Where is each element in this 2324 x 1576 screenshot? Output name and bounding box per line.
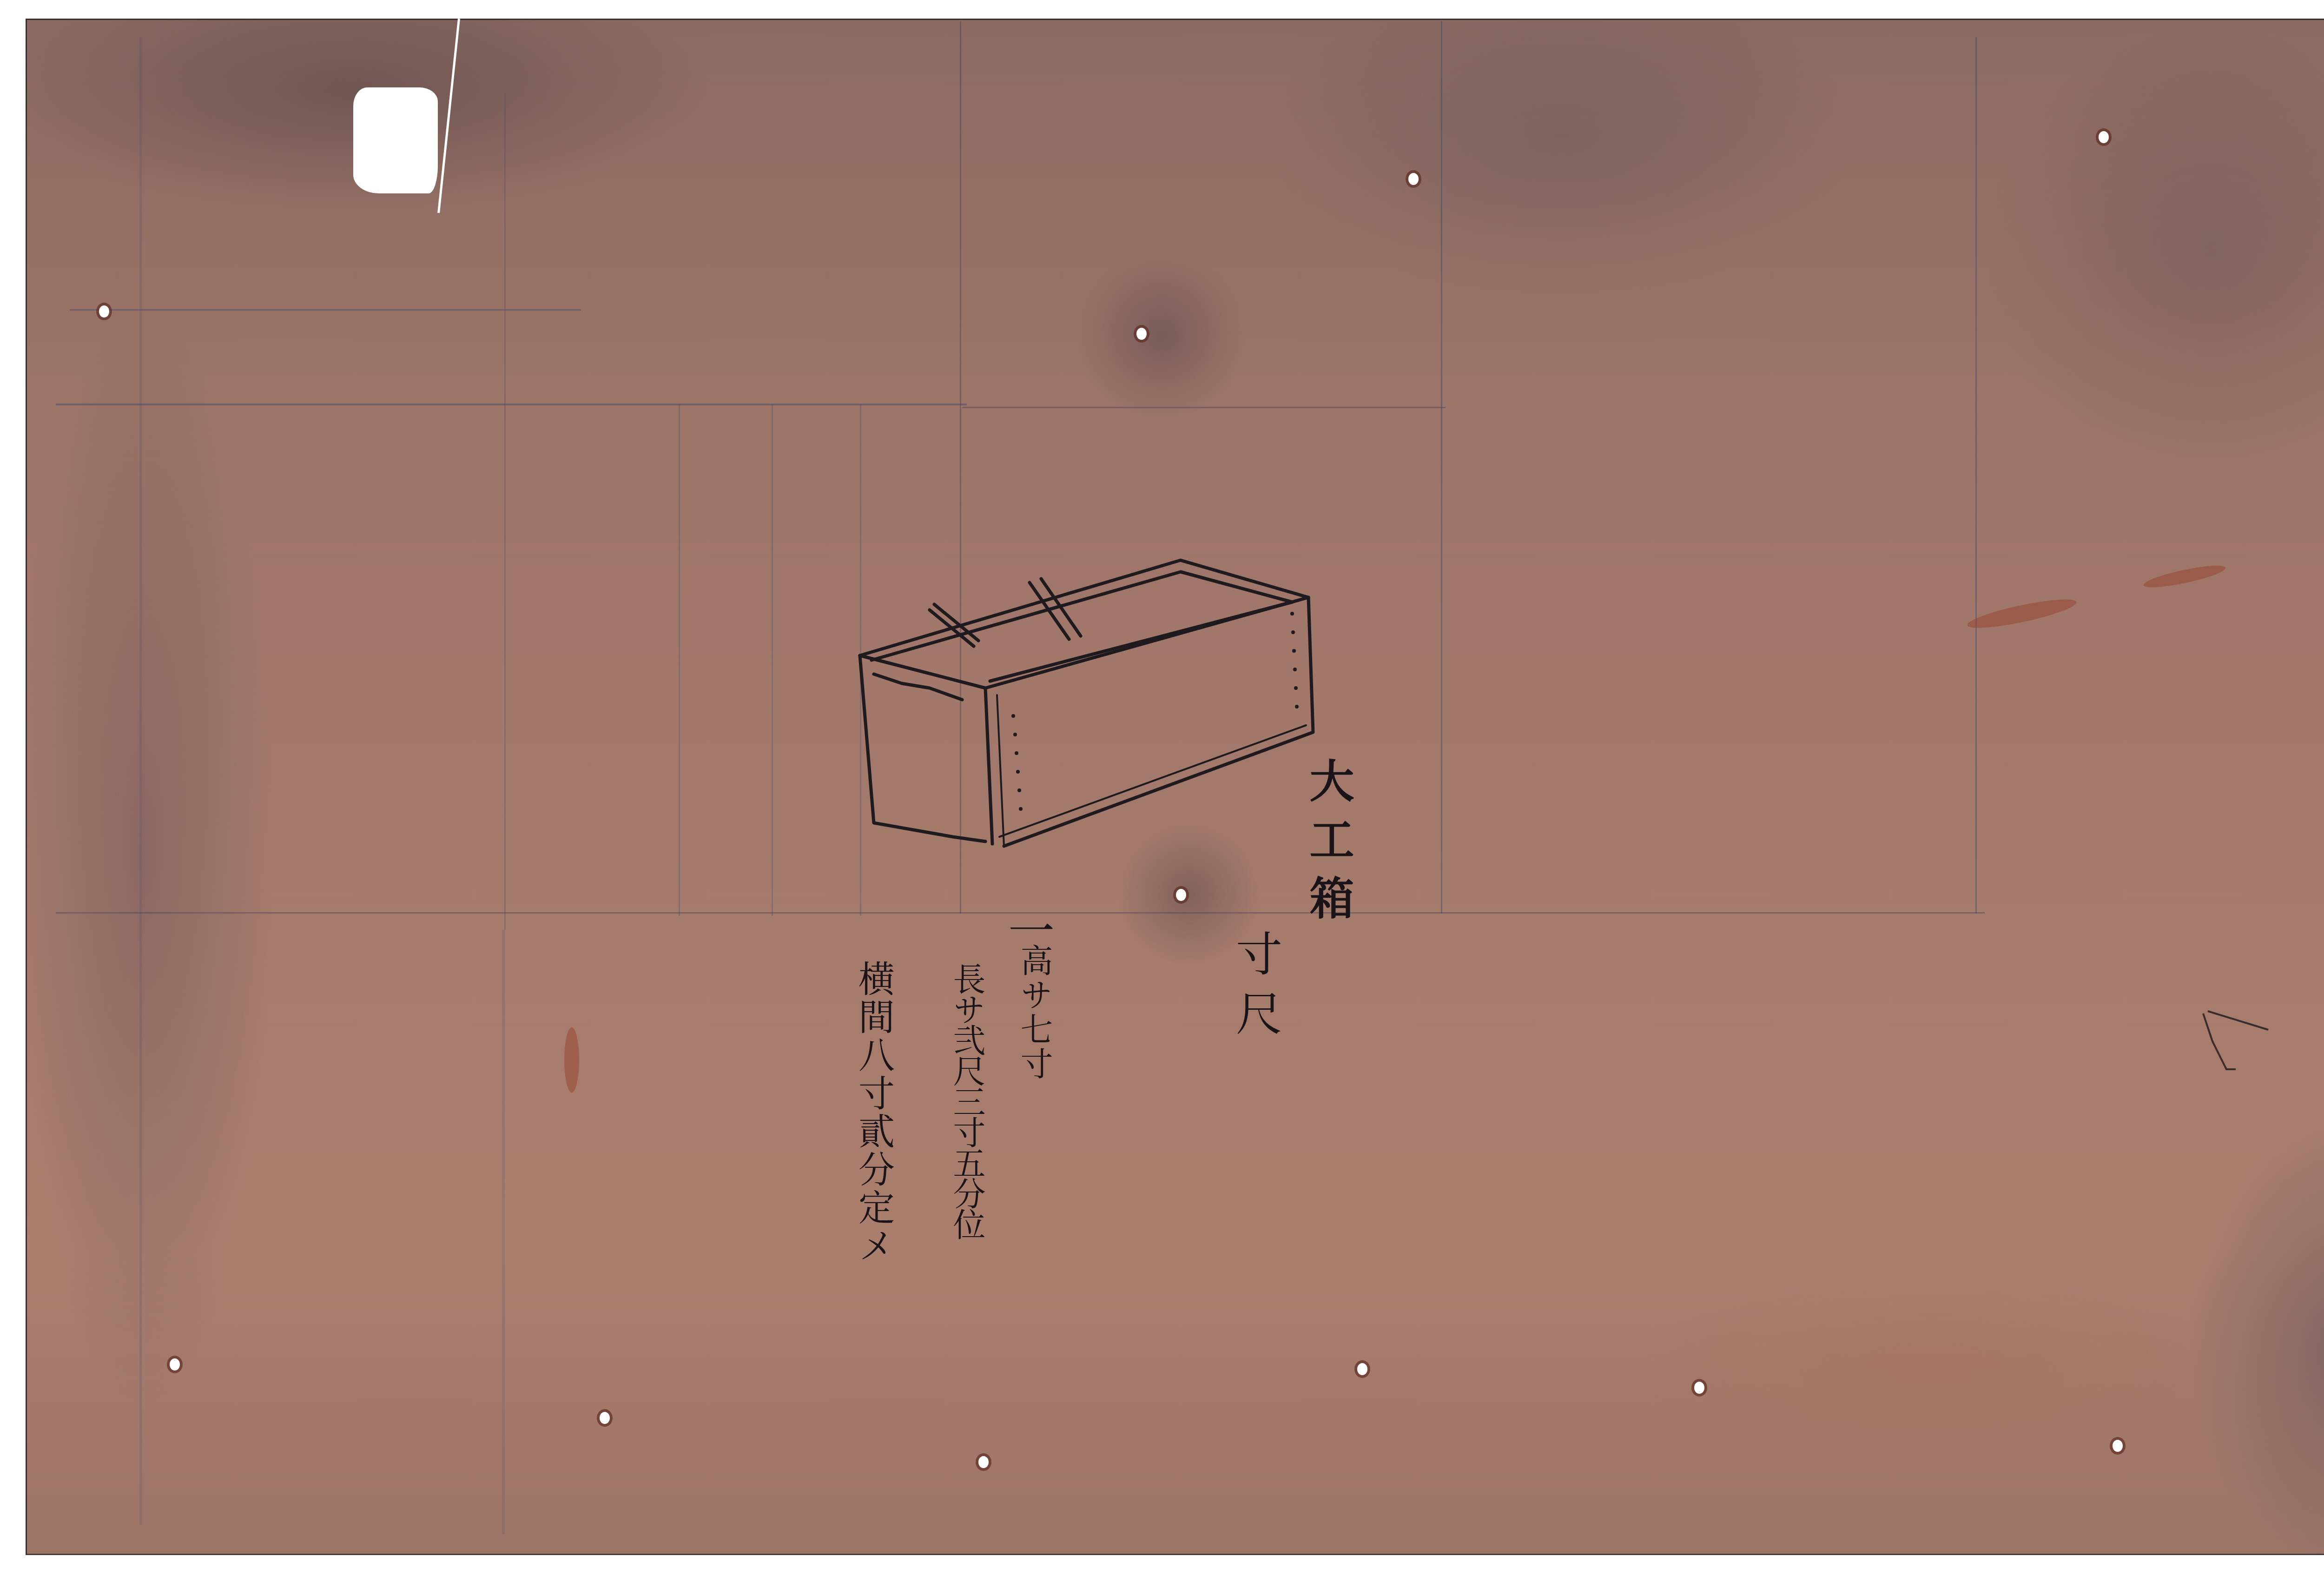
pin-hole: [99, 305, 109, 318]
pin-hole: [1357, 1363, 1367, 1375]
pin-hole: [170, 1358, 180, 1371]
pin-hole: [2113, 1440, 2123, 1452]
pin-hole: [978, 1456, 989, 1468]
document-subtitle: 寸尺: [1232, 930, 1278, 1049]
pin-hole: [1136, 328, 1147, 340]
box-sketch: [0, 0, 2324, 1576]
dimension-width: 横間八寸貳分定メ: [855, 960, 891, 1265]
pin-hole: [1408, 173, 1419, 185]
pin-hole: [600, 1412, 610, 1424]
dimension-length: 長サ弐尺三寸五分位: [951, 962, 983, 1238]
pin-hole: [2099, 131, 2109, 143]
document-title: 大工箱: [1306, 758, 1351, 934]
pin-hole: [1176, 889, 1186, 901]
pin-hole: [1694, 1382, 1704, 1394]
dimension-height: 高サ七寸: [1018, 944, 1050, 1081]
